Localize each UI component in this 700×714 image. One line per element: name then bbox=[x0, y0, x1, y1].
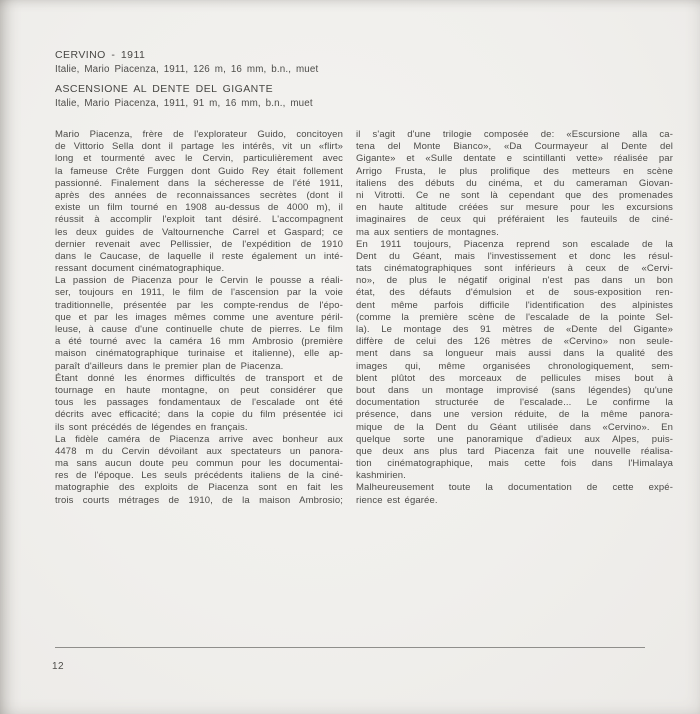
scanned-book-page: CERVINO - 1911 Italie, Mario Piacenza, 1… bbox=[0, 0, 700, 714]
text-line: les deux guides de Valtournenche Carrel … bbox=[55, 227, 343, 239]
film-entry: CERVINO - 1911 Italie, Mario Piacenza, 1… bbox=[55, 49, 318, 76]
text-line: leuse, à cause d'une continuelle chute d… bbox=[55, 324, 343, 336]
text-line: passionné. Finalement dans la sécheresse… bbox=[55, 178, 343, 190]
text-line: ma sans aucun doute peu commun pour les … bbox=[55, 458, 343, 470]
article-body: Mario Piacenza, frère de l'explorateur G… bbox=[55, 129, 673, 507]
text-line: ni Vitrotti. Ce ne sont là cependant que… bbox=[356, 190, 673, 202]
text-line: tena del Monte Bianco», «Da Courmayeur a… bbox=[356, 141, 673, 153]
text-line: la). Le montage des 91 mètres de «Dente … bbox=[356, 324, 673, 336]
text-line: Étant donné les énormes difficultés de t… bbox=[55, 373, 343, 385]
text-line: que deux ans plus tard Piacenza fait une… bbox=[356, 446, 673, 458]
text-line: res de l'époque. Les seuls précédents it… bbox=[55, 470, 343, 482]
text-line: a été tourné avec la caméra 16 mm Ambros… bbox=[55, 336, 343, 348]
film-entries-header: CERVINO - 1911 Italie, Mario Piacenza, 1… bbox=[55, 49, 318, 110]
text-line: images qui, même organisées chronologiqu… bbox=[356, 361, 673, 373]
text-line: ser, toujours en 1911, le film de l'asce… bbox=[55, 287, 343, 299]
text-line: La fidèle caméra de Piacenza arrive avec… bbox=[55, 434, 343, 446]
text-line: quelque sorte une panoramique d'adieux a… bbox=[356, 434, 673, 446]
text-line: italiens des débuts du cinéma, et du cam… bbox=[356, 178, 673, 190]
text-line: 4478 m du Cervin dévoilant aux spectateu… bbox=[55, 446, 343, 458]
text-line: ressant document cinématographique. bbox=[55, 263, 343, 275]
text-line: (comme la première scène de l'escalade d… bbox=[356, 312, 673, 324]
text-line: rience est égarée. bbox=[356, 495, 673, 507]
film-entry: ASCENSIONE AL DENTE DEL GIGANTE Italie, … bbox=[55, 83, 318, 110]
text-line: dernier revenait avec Pellissier, de l'e… bbox=[55, 239, 343, 251]
text-line: il s'agit d'une trilogie composée de: «E… bbox=[356, 129, 673, 141]
text-line: imaginaires de ceux qui préféraient les … bbox=[356, 214, 673, 226]
text-line: Dent du Géant, mais l'investissement et … bbox=[356, 251, 673, 263]
text-line: dans le Caucase, de laquelle il reste ég… bbox=[55, 251, 343, 263]
text-line: après des années de reconnaissances secr… bbox=[55, 190, 343, 202]
text-line: état, des défauts d'émulsion et de sous-… bbox=[356, 287, 673, 299]
text-line: blent plûtot des morceaux de pellicules … bbox=[356, 373, 673, 385]
text-line: tats cinématographiques sont inférieurs … bbox=[356, 263, 673, 275]
text-line: de Vittorio Sella dont il partage les in… bbox=[55, 141, 343, 153]
text-line: traditionnelle, présentée par les compte… bbox=[55, 300, 343, 312]
text-line: ment dans sa longueur mais aussi dans la… bbox=[356, 348, 673, 360]
text-line: présence, dans une version réduite, de l… bbox=[356, 409, 673, 421]
text-line: La passion de Piacenza pour le Cervin le… bbox=[55, 275, 343, 287]
text-line: que et par les images mêmes comme une av… bbox=[55, 312, 343, 324]
text-line: la fameuse Crête Furggen dont Guido Rey … bbox=[55, 166, 343, 178]
page-number: 12 bbox=[52, 661, 64, 672]
text-line: matographie des exploits de Piacenza son… bbox=[55, 482, 343, 494]
text-line: tournage en haute montagne, on peut cons… bbox=[55, 385, 343, 397]
text-line: documentation structurée de l'escalade..… bbox=[356, 397, 673, 409]
text-line: long et tourmenté avec le Cervin, partic… bbox=[55, 153, 343, 165]
right-text-column: il s'agit d'une trilogie composée de: «E… bbox=[356, 129, 673, 507]
text-line: ils sont précédés de légendes en françai… bbox=[55, 422, 343, 434]
text-line: maison cinématographique turinaise et it… bbox=[55, 348, 343, 360]
text-line: dent même parfois difficile l'identifica… bbox=[356, 300, 673, 312]
text-line: Arrigo Frusta, le plus prolifique des me… bbox=[356, 166, 673, 178]
text-line: bout dans un montage improvisé (sans lég… bbox=[356, 385, 673, 397]
text-line: no», de plus le négatif original n'est p… bbox=[356, 275, 673, 287]
text-line: existe un film tourné en 1908 au-dessus … bbox=[55, 202, 343, 214]
text-line: Malheureusement toute la documentation d… bbox=[356, 482, 673, 494]
left-text-column: Mario Piacenza, frère de l'explorateur G… bbox=[55, 129, 343, 507]
footer-rule bbox=[55, 647, 645, 648]
text-line: Mario Piacenza, frère de l'explorateur G… bbox=[55, 129, 343, 141]
film-title: ASCENSIONE AL DENTE DEL GIGANTE bbox=[55, 83, 318, 95]
text-line: ma aux sentiers de montagnes. bbox=[356, 227, 673, 239]
text-line: diffère de celui des 126 mètres de «Cerv… bbox=[356, 336, 673, 348]
text-line: trois courts métrages de 1910, de la mai… bbox=[55, 495, 343, 507]
film-credits: Italie, Mario Piacenza, 1911, 126 m, 16 … bbox=[55, 64, 318, 76]
text-line: décrits avec efficacité; dans la copie d… bbox=[55, 409, 343, 421]
text-line: En 1911 toujours, Piacenza reprend son e… bbox=[356, 239, 673, 251]
text-line: Gigante» et «Sulle dentate e scintillant… bbox=[356, 153, 673, 165]
text-line: en haute altitude créées sur mesure pour… bbox=[356, 202, 673, 214]
text-line: mique de la Dent du Géant utilisée dans … bbox=[356, 422, 673, 434]
text-line: tous les passages fondamentaux de l'esca… bbox=[55, 397, 343, 409]
text-line: paraît d'ailleurs dans le premier plan d… bbox=[55, 361, 343, 373]
text-line: tion cinématographique, mais cette fois … bbox=[356, 458, 673, 470]
film-title: CERVINO - 1911 bbox=[55, 49, 318, 61]
film-credits: Italie, Mario Piacenza, 1911, 91 m, 16 m… bbox=[55, 98, 318, 110]
text-line: réussit à accomplir l'exploit tant désir… bbox=[55, 214, 343, 226]
text-line: kashmirien. bbox=[356, 470, 673, 482]
